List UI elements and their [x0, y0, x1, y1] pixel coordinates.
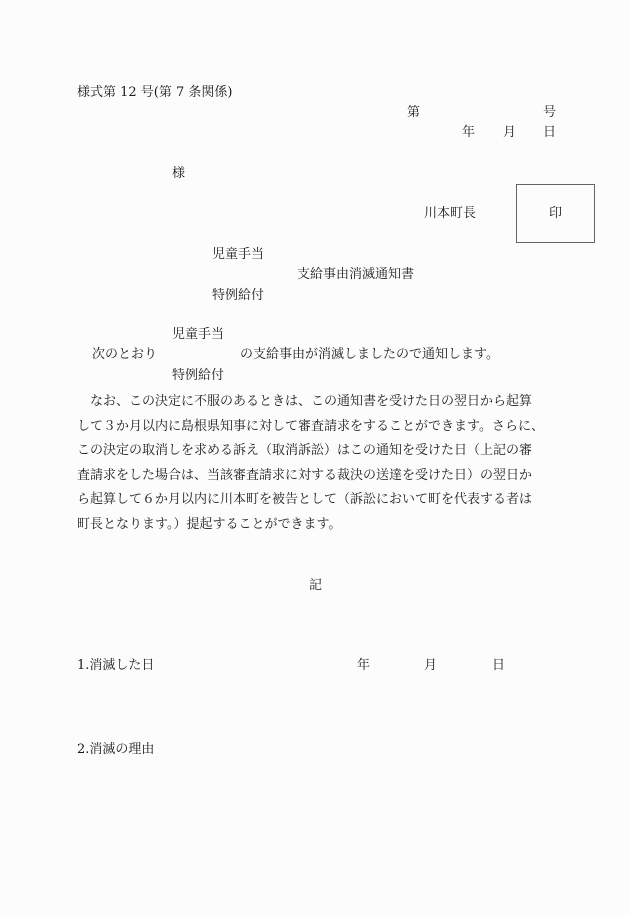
- body-option-special-benefit: 特例給付: [172, 369, 224, 382]
- item-extinction-date-day: 日: [492, 659, 505, 672]
- document-title: 支給事由消滅通知書: [297, 268, 414, 281]
- seal-box: 印: [516, 184, 595, 243]
- paragraph-line: して３か月以内に島根県知事に対して審査請求をすることができます。さらに、: [77, 415, 562, 440]
- issue-date-day: 日: [543, 126, 556, 139]
- paragraph-line: ら起算して６か月以内に川本町を被告として（訴訟において町を代表する者は: [77, 488, 562, 513]
- body-sentence-suffix: の支給事由が消滅しましたので通知します。: [240, 348, 499, 361]
- paragraph-line: この決定の取消しを求める訴え（取消訴訟）はこの通知を受けた日（上記の審: [77, 439, 562, 464]
- item-extinction-date-month: 月: [424, 659, 437, 672]
- doc-number-prefix: 第: [407, 106, 420, 119]
- form-number: 様式第 12 号(第 7 条関係): [77, 86, 233, 99]
- issue-date-month: 月: [503, 126, 516, 139]
- body-sentence-prefix: 次のとおり: [92, 348, 157, 361]
- item-extinction-date-label: 1.消滅した日: [77, 659, 154, 672]
- notes-heading: 記: [309, 579, 322, 592]
- paragraph-line: なお、この決定に不服のあるときは、この通知書を受けた日の翌日から起算: [77, 390, 562, 415]
- issuer-name: 川本町長: [424, 207, 476, 220]
- seal-label: 印: [549, 207, 562, 220]
- doc-number-suffix: 号: [543, 106, 556, 119]
- paragraph-line: 査請求をした場合は、当該審査請求に対する裁決の送達を受けた日）の翌日か: [77, 464, 562, 489]
- recipient-honorific: 様: [172, 167, 185, 180]
- issue-date-year: 年: [462, 126, 475, 139]
- appeal-paragraph: なお、この決定に不服のあるときは、この通知書を受けた日の翌日から起算 して３か月…: [77, 390, 562, 538]
- item-extinction-reason-label: 2.消滅の理由: [77, 743, 154, 756]
- item-extinction-date-year: 年: [357, 659, 370, 672]
- title-option-special-benefit: 特例給付: [212, 289, 264, 302]
- title-option-child-allowance: 児童手当: [212, 248, 264, 261]
- paragraph-line: 町長となります。）提起することができます。: [77, 513, 562, 538]
- body-option-child-allowance: 児童手当: [172, 328, 224, 341]
